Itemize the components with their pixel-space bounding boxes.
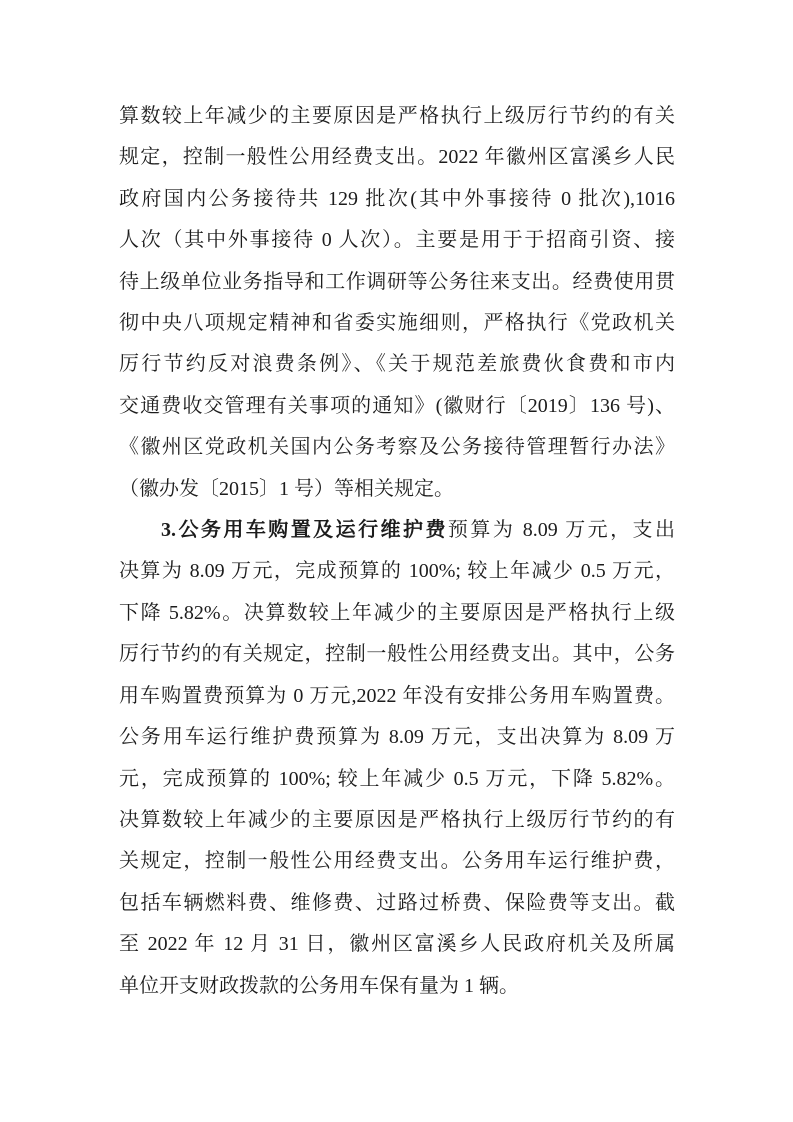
text-line: 厉行节约的有关规定，控制一般性公用经费支出。其中，公务 — [119, 634, 675, 675]
official-vehicle-expense-paragraph: 3.公务用车购置及运行维护费预算为 8.09 万元，支出 决算为 8.09 万元… — [119, 510, 675, 1007]
text-line: 算数较上年减少的主要原因是严格执行上级厉行节约的有关 — [119, 96, 675, 137]
text-line: 人次（其中外事接待 0 人次）。主要是用于于招商引资、接 — [119, 220, 675, 261]
text-line: 下降 5.82%。决算数较上年减少的主要原因是严格执行上级 — [119, 593, 675, 634]
section-3-first-line-text: 预算为 8.09 万元，支出 — [448, 519, 675, 541]
official-reception-expense-paragraph: 算数较上年减少的主要原因是严格执行上级厉行节约的有关 规定，控制一般性公用经费支… — [119, 96, 675, 510]
text-line: 用车购置费预算为 0 万元,2022 年没有安排公务用车购置费。 — [119, 676, 675, 717]
text-line: 交通费收交管理有关事项的通知》(徽财行〔2019〕136 号)、 — [119, 386, 675, 427]
text-line: 决算数较上年减少的主要原因是严格执行上级厉行节约的有 — [119, 800, 675, 841]
text-line: 《徽州区党政机关国内公务考察及公务接待管理暂行办法》 — [119, 427, 675, 468]
text-line: 决算为 8.09 万元，完成预算的 100%; 较上年减少 0.5 万元， — [119, 551, 675, 592]
text-line: 待上级单位业务指导和工作调研等公务往来支出。经费使用贯 — [119, 262, 675, 303]
text-line: 单位开支财政拨款的公务用车保有量为 1 辆。 — [119, 966, 675, 1007]
text-line: 元，完成预算的 100%; 较上年减少 0.5 万元，下降 5.82%。 — [119, 759, 675, 800]
text-line: 政府国内公务接待共 129 批次(其中外事接待 0 批次),1016 — [119, 179, 675, 220]
section-3-heading: 3.公务用车购置及运行维护费 — [161, 519, 448, 541]
document-text-block: 算数较上年减少的主要原因是严格执行上级厉行节约的有关 规定，控制一般性公用经费支… — [119, 96, 675, 1007]
text-line: 彻中央八项规定精神和省委实施细则，严格执行《党政机关 — [119, 303, 675, 344]
text-line: 公务用车运行维护费预算为 8.09 万元，支出决算为 8.09 万 — [119, 717, 675, 758]
text-line: 厉行节约反对浪费条例》、《关于规范差旅费伙食费和市内 — [119, 344, 675, 385]
text-line: 3.公务用车购置及运行维护费预算为 8.09 万元，支出 — [119, 510, 675, 551]
text-line: 至 2022 年 12 月 31 日，徽州区富溪乡人民政府机关及所属 — [119, 924, 675, 965]
text-line: 规定，控制一般性公用经费支出。2022 年徽州区富溪乡人民 — [119, 137, 675, 178]
text-line: 包括车辆燃料费、维修费、过路过桥费、保险费等支出。截 — [119, 883, 675, 924]
text-line: 关规定，控制一般性公用经费支出。公务用车运行维护费， — [119, 841, 675, 882]
text-line: （徽办发〔2015〕1 号）等相关规定。 — [119, 469, 675, 510]
document-page: 算数较上年减少的主要原因是严格执行上级厉行节约的有关 规定，控制一般性公用经费支… — [0, 0, 793, 1122]
